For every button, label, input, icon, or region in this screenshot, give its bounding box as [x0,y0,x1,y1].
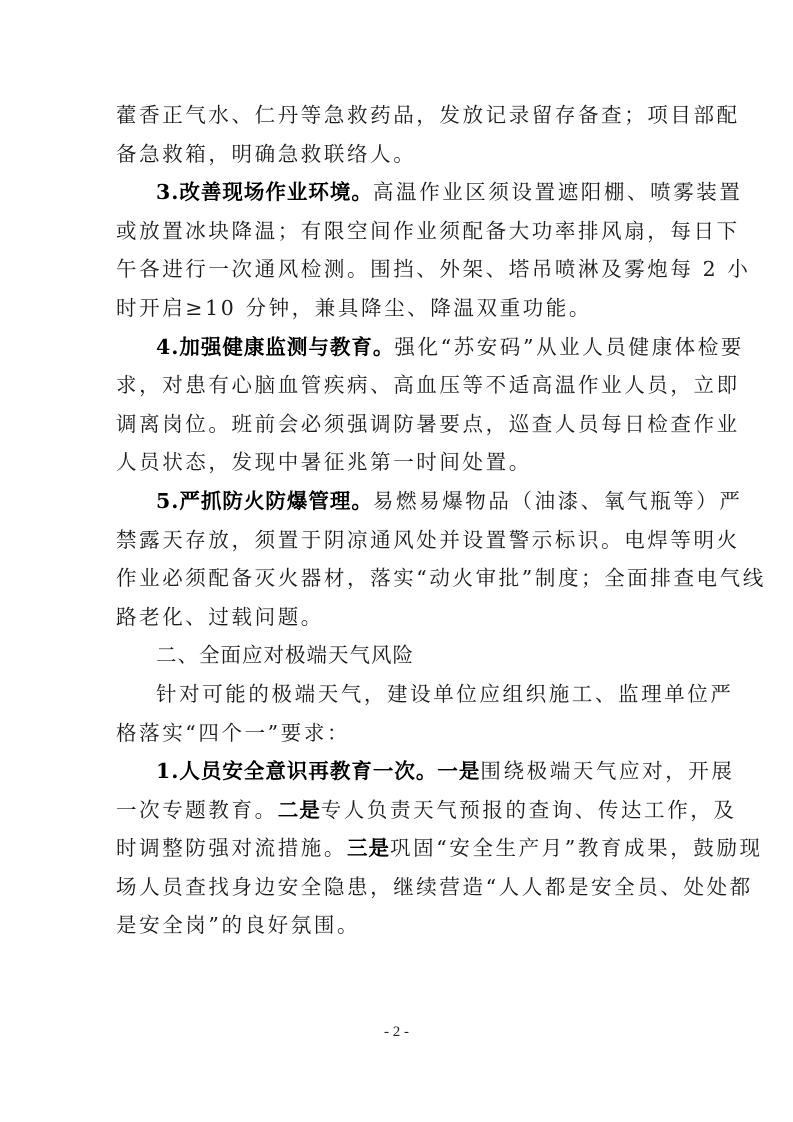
section-heading: 二、全面应对极端天气风险 [116,636,700,675]
paragraph-5: 5.严抓防火防爆管理。易燃易爆物品（油漆、氧气瓶等）严 [116,482,700,521]
body-line: 一次专题教育。二是专人负责天气预报的查询、传达工作，及 [116,791,700,830]
body-line: 是安全岗”的良好氛围。 [116,906,700,945]
body-line: 禁露天存放，须置于阴凉通风处并设置警示标识。电焊等明火 [116,521,700,560]
emphasis: 一是 [437,759,480,783]
page-number: - 2 - [0,1024,793,1041]
body-line: 备急救箱，明确急救联络人。 [116,135,700,174]
paragraph-3: 3.改善现场作业环境。高温作业区须设置遮阳棚、喷雾装置 [116,173,700,212]
body-line: 格落实“四个一”要求： [116,714,700,753]
item-heading: 3.改善现场作业环境。 [156,180,373,204]
item-heading: 4.加强健康监测与教育。 [156,335,394,359]
body-line: 作业必须配备灭火器材，落实“动火审批”制度；全面排查电气线 [116,559,700,598]
emphasis: 三是 [347,836,390,860]
body-line: 调离岗位。班前会必须强调防暑要点，巡查人员每日检查作业 [116,405,700,444]
body-line: 针对可能的极端天气，建设单位应组织施工、监理单位严 [116,675,700,714]
paragraph-4: 4.加强健康监测与教育。强化“苏安码”从业人员健康体检要 [116,328,700,367]
emphasis: 二是 [278,798,321,822]
body-line: 场人员查找身边安全隐患，继续营造“人人都是安全员、处处都 [116,868,700,907]
item-heading: 5.严抓防火防爆管理。 [156,489,373,513]
body-line: 求，对患有心脑血管疾病、高血压等不适高温作业人员，立即 [116,366,700,405]
body-line: 人员状态，发现中暑征兆第一时间处置。 [116,443,700,482]
document-body: 藿香正气水、仁丹等急救药品，发放记录留存备查；项目部配 备急救箱，明确急救联络人… [116,96,700,945]
body-line: 藿香正气水、仁丹等急救药品，发放记录留存备查；项目部配 [116,96,700,135]
body-line: 午各进行一次通风检测。围挡、外架、塔吊喷淋及雾炮每 2 小 [116,250,700,289]
body-line: 时调整防强对流措施。三是巩固“安全生产月”教育成果，鼓励现 [116,829,700,868]
paragraph-1: 1.人员安全意识再教育一次。一是围绕极端天气应对，开展 [116,752,700,791]
body-line: 时开启≥10 分钟，兼具降尘、降温双重功能。 [116,289,700,328]
body-line: 或放置冰块降温；有限空间作业须配备大功率排风扇，每日下 [116,212,700,251]
item-heading: 1.人员安全意识再教育一次。 [156,759,437,783]
body-line: 路老化、过载问题。 [116,598,700,637]
